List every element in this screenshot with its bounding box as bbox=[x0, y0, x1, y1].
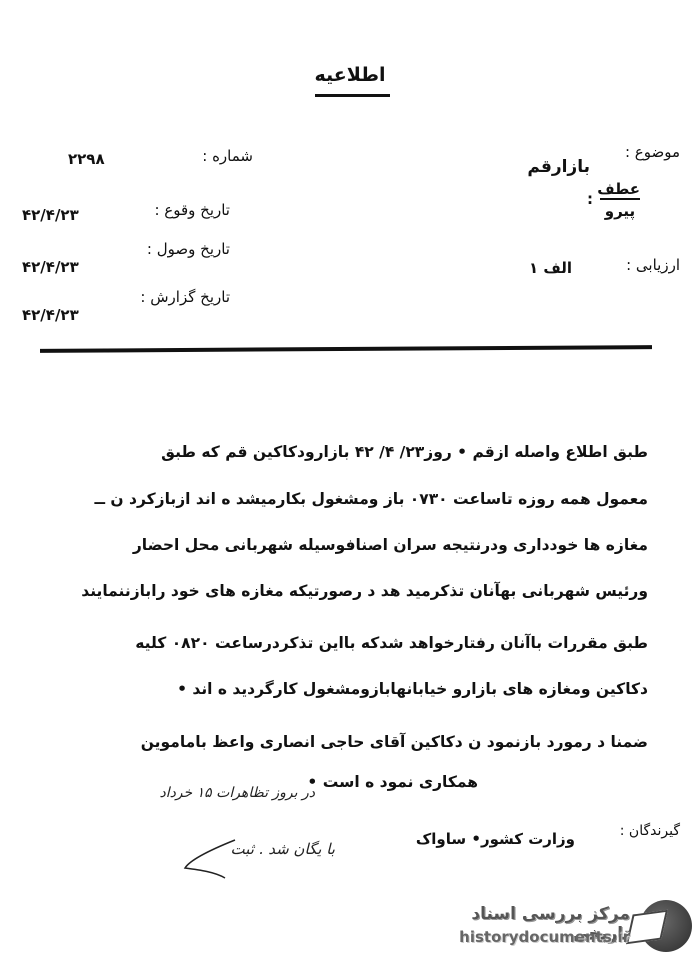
handwritten-note: در بروز تظاهرات ۱۵ خرداد bbox=[95, 785, 315, 801]
receipt-date-value: ۴۲/۴/۲۳ bbox=[22, 258, 122, 276]
evaluation-label: ارزیابی : bbox=[580, 256, 680, 274]
body-line: طبق مقررات باآنان رفتارخواهد شدکه بااین … bbox=[135, 634, 648, 652]
recipients-label: گیرندگان : bbox=[580, 823, 680, 839]
body-line: دکاکین ومغازه های بازارو خیابانهابازومشغ… bbox=[177, 680, 648, 698]
signature-scribble-icon bbox=[180, 830, 240, 880]
occurrence-date-value: ۴۲/۴/۲۳ bbox=[22, 206, 122, 224]
reference-colon: : bbox=[587, 190, 593, 208]
body-line: مغازه ها خودداری ودرنتیجه سران اصنافوسیل… bbox=[133, 536, 648, 554]
header-divider bbox=[40, 345, 652, 353]
report-date-label: تاریخ گزارش : bbox=[118, 288, 230, 306]
subject-value: بازارقم bbox=[480, 157, 590, 177]
body-line: معمول همه روزه تاساعت ۰۷۳۰ باز ومشغول بک… bbox=[94, 490, 648, 508]
body-line: ضمنا د رمورد بازنمود ن دکاکین آقای حاجی … bbox=[141, 733, 648, 751]
watermark-website[interactable]: historydocuments.ir bbox=[430, 928, 630, 946]
body-line: طبق اطلاع واصله ازقم • روز۲۳/ ۴/ ۴۲ بازا… bbox=[161, 443, 648, 461]
body-line: همکاری نمود ه است • bbox=[307, 773, 478, 791]
recipients-value: وزارت کشور• ساواک bbox=[380, 830, 575, 848]
document-title: اطلاعیه bbox=[300, 64, 400, 86]
body-line: ورئیس شهربانی بهآنان تذکرمید هد د رصورتی… bbox=[81, 582, 648, 600]
number-value: ۲۲۹۸ bbox=[68, 150, 148, 168]
evaluation-value: الف ۱ bbox=[500, 259, 572, 277]
reference-label-top: عطف bbox=[600, 180, 640, 200]
title-underline bbox=[315, 94, 390, 97]
number-label: شماره : bbox=[163, 147, 253, 165]
occurrence-date-label: تاریخ وقوع : bbox=[118, 201, 230, 219]
report-date-value: ۴۲/۴/۲۳ bbox=[22, 306, 122, 324]
reference-label-bottom: پیرو bbox=[600, 202, 640, 220]
subject-label: موضوع : bbox=[600, 143, 680, 161]
receipt-date-label: تاریخ وصول : bbox=[118, 240, 230, 258]
